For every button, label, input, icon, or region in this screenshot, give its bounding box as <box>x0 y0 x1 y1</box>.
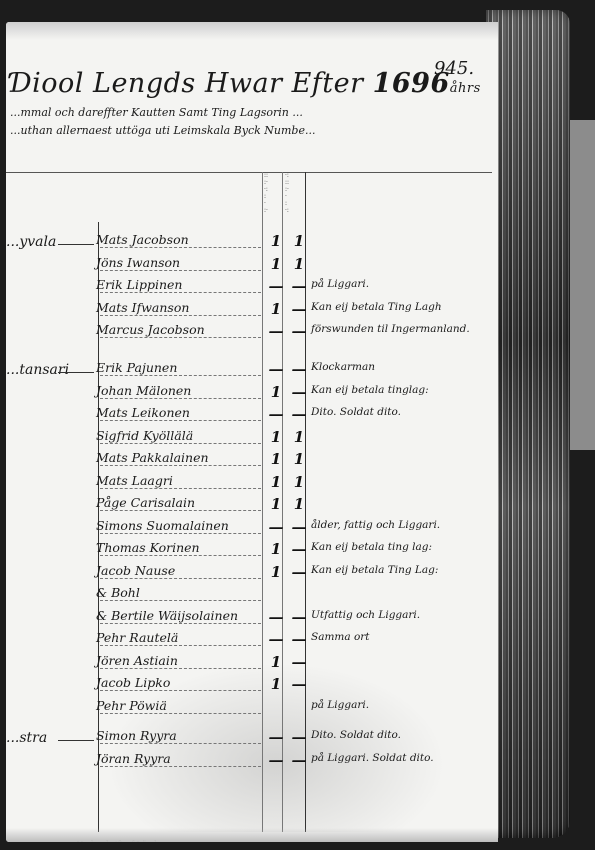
remark-text: förswunden til Ingermanland. <box>311 323 470 335</box>
ledger-row: Mats Jacobson11 <box>96 232 491 254</box>
tally-column-2: — <box>291 751 307 769</box>
person-name: & Bohl <box>96 585 140 600</box>
person-name: Simons Suomalainen <box>96 518 229 533</box>
ledger-row: Jöns Iwanson11 <box>96 255 491 277</box>
dotted-leader <box>100 645 261 646</box>
village-connector <box>58 244 94 245</box>
person-name: Mats Pakkalainen <box>96 450 209 465</box>
person-name: Erik Pajunen <box>96 360 177 375</box>
remark-text: Utfattig och Liggari. <box>311 609 420 621</box>
background-surface <box>570 120 595 450</box>
tally-column-1: — <box>268 360 284 378</box>
tally-column-1: — <box>268 518 284 536</box>
ledger-page: Ɗiool Lengds Hwar Efter 1696åhrs 945. ..… <box>6 22 498 842</box>
person-name: & Bertile Wäijsolainen <box>96 608 238 623</box>
person-name: Jacob Lipko <box>96 675 170 690</box>
dotted-leader <box>100 578 261 579</box>
dotted-leader <box>100 555 261 556</box>
remark-text: Kan eij betala tinglag: <box>311 384 429 396</box>
ledger-row: Pehr Rautelä——Samma ort <box>96 630 491 652</box>
dotted-leader <box>100 443 261 444</box>
ledger-row: Erik Pajunen——Klockarman <box>96 360 491 382</box>
ledger-row: Jöran Ryyra——på Liggari. Soldat dito. <box>96 751 491 773</box>
dotted-leader <box>100 600 261 601</box>
ledger-row: Jacob Lipko1— <box>96 675 491 697</box>
dotted-leader <box>100 743 261 744</box>
remark-text: Kan eij betala Ting Lag: <box>311 564 438 576</box>
remark-text: Dito. Soldat dito. <box>311 729 401 741</box>
remark-text: Kan eij betala Ting Lagh <box>311 301 442 313</box>
tally-column-1: 1 <box>268 428 284 446</box>
tally-column-2: — <box>291 300 307 318</box>
remark-text: Dito. Soldat dito. <box>311 406 401 418</box>
tally-column-1: — <box>268 608 284 626</box>
village-name: ...stra <box>6 730 47 746</box>
dotted-leader <box>100 713 261 714</box>
remark-text: på Liggari. Soldat dito. <box>311 752 434 764</box>
person-name: Jören Astiain <box>96 653 178 668</box>
person-name: Erik Lippinen <box>96 277 182 292</box>
book-page-edges <box>486 10 570 838</box>
dotted-leader <box>100 533 261 534</box>
village-connector <box>58 740 94 741</box>
tally-column-1: 1 <box>268 232 284 250</box>
tally-column-1: 1 <box>268 300 284 318</box>
village-connector <box>58 372 94 373</box>
dotted-leader <box>100 488 261 489</box>
ledger-row: Pehr Pöwiäpå Liggari. <box>96 698 491 720</box>
tally-column-2: 1 <box>291 450 307 468</box>
tally-column-1: — <box>268 277 284 295</box>
dotted-leader <box>100 465 261 466</box>
column-header-2: ·::::··:·: <box>285 172 301 227</box>
remark-text: ålder, fattig och Liggari. <box>311 519 440 531</box>
ledger-row: Marcus Jacobson——förswunden til Ingerman… <box>96 322 491 344</box>
tally-column-2: — <box>291 405 307 423</box>
tally-column-2: 1 <box>291 428 307 446</box>
tally-column-1: — <box>268 751 284 769</box>
person-name: Mats Jacobson <box>96 232 189 247</box>
tally-column-2: — <box>291 277 307 295</box>
ledger-row: Mats Ifwanson1—Kan eij betala Ting Lagh <box>96 300 491 322</box>
dotted-leader <box>100 375 261 376</box>
header-rule <box>6 172 492 173</box>
ledger-row: Johan Mälonen1—Kan eij betala tinglag: <box>96 383 491 405</box>
tally-column-2: — <box>291 540 307 558</box>
tally-column-2: — <box>291 563 307 581</box>
remark-text: Kan eij betala ting lag: <box>311 541 432 553</box>
ledger-row: Mats Laagri11 <box>96 473 491 495</box>
title-initial: Ɗ <box>10 68 32 99</box>
tally-column-2: 1 <box>291 495 307 513</box>
village-name: ...tansari <box>6 362 69 378</box>
tally-column-1: — <box>268 630 284 648</box>
dotted-leader <box>100 420 261 421</box>
person-name: Simon Ryyra <box>96 728 177 743</box>
tally-column-1: — <box>268 405 284 423</box>
tally-column-2: 1 <box>291 255 307 273</box>
person-name: Sigfrid Kyöllälä <box>96 428 193 443</box>
dotted-leader <box>100 270 261 271</box>
person-name: Mats Ifwanson <box>96 300 189 315</box>
dotted-leader <box>100 668 261 669</box>
tally-column-2: — <box>291 322 307 340</box>
title-suffix: åhrs <box>450 81 481 96</box>
person-name: Jöns Iwanson <box>96 255 180 270</box>
tally-column-1: 1 <box>268 473 284 491</box>
subtitle-line-1: ...mmal och dareffter Kautten Samt Ting … <box>10 106 303 119</box>
ledger-row: Simons Suomalainen——ålder, fattig och Li… <box>96 518 491 540</box>
tally-column-2: 1 <box>291 473 307 491</box>
tally-column-1: 1 <box>268 495 284 513</box>
tally-column-2: — <box>291 360 307 378</box>
person-name: Jöran Ryyra <box>96 751 171 766</box>
ledger-row: Sigfrid Kyöllälä11 <box>96 428 491 450</box>
person-name: Påge Carisalain <box>96 495 195 510</box>
ledger-row: Mats Leikonen——Dito. Soldat dito. <box>96 405 491 427</box>
ledger-row: Mats Pakkalainen11 <box>96 450 491 472</box>
ledger-row: Erik Lippinen——på Liggari. <box>96 277 491 299</box>
dotted-leader <box>100 766 261 767</box>
tally-column-1: — <box>268 322 284 340</box>
column-header-1: :::··::·:· <box>264 172 280 227</box>
tally-column-1: 1 <box>268 540 284 558</box>
person-name: Mats Leikonen <box>96 405 190 420</box>
remark-text: på Liggari. <box>311 699 369 711</box>
remark-text: Samma ort <box>311 631 370 643</box>
dotted-leader <box>100 337 261 338</box>
tally-column-1: 1 <box>268 563 284 581</box>
ledger-row: Simon Ryyra——Dito. Soldat dito. <box>96 728 491 750</box>
tally-column-1: — <box>268 728 284 746</box>
tally-column-2: — <box>291 728 307 746</box>
tally-column-1: 1 <box>268 653 284 671</box>
dotted-leader <box>100 398 261 399</box>
tally-column-1: 1 <box>268 383 284 401</box>
tally-column-2: — <box>291 675 307 693</box>
village-name: ...yvala <box>6 234 56 250</box>
tally-column-2: — <box>291 608 307 626</box>
tally-column-2: 1 <box>291 232 307 250</box>
person-name: Pehr Rautelä <box>96 630 178 645</box>
person-name: Jacob Nause <box>96 563 175 578</box>
ledger-row: Jacob Nause1—Kan eij betala Ting Lag: <box>96 563 491 585</box>
dotted-leader <box>100 292 261 293</box>
person-name: Pehr Pöwiä <box>96 698 167 713</box>
tally-column-2: — <box>291 653 307 671</box>
tally-column-1: 1 <box>268 675 284 693</box>
dotted-leader <box>100 690 261 691</box>
page-number: 945. <box>434 58 474 79</box>
remark-text: på Liggari. <box>311 278 369 290</box>
ledger-row: & Bohl <box>96 585 491 607</box>
remark-text: Klockarman <box>311 361 375 373</box>
person-name: Thomas Korinen <box>96 540 200 555</box>
dotted-leader <box>100 623 261 624</box>
title-text: iool Lengds Hwar Efter <box>32 68 363 99</box>
ledger-row: Påge Carisalain11 <box>96 495 491 517</box>
dotted-leader <box>100 315 261 316</box>
dotted-leader <box>100 247 261 248</box>
ledger-row: Jören Astiain1— <box>96 653 491 675</box>
person-name: Mats Laagri <box>96 473 173 488</box>
ledger-row: Thomas Korinen1—Kan eij betala ting lag: <box>96 540 491 562</box>
dotted-leader <box>100 510 261 511</box>
tally-column-2: — <box>291 630 307 648</box>
page-title: Ɗiool Lengds Hwar Efter 1696åhrs <box>10 68 481 99</box>
person-name: Marcus Jacobson <box>96 322 205 337</box>
tally-column-2: — <box>291 383 307 401</box>
ledger-row: & Bertile Wäijsolainen——Utfattig och Lig… <box>96 608 491 630</box>
footnote-signature: Underskrift af Ländsmannen <box>76 840 193 842</box>
tally-column-2: — <box>291 518 307 536</box>
subtitle-line-2: ...uthan allernaest uttöga uti Leimskala… <box>10 124 315 137</box>
tally-column-1: 1 <box>268 255 284 273</box>
person-name: Johan Mälonen <box>96 383 191 398</box>
tally-column-1: 1 <box>268 450 284 468</box>
